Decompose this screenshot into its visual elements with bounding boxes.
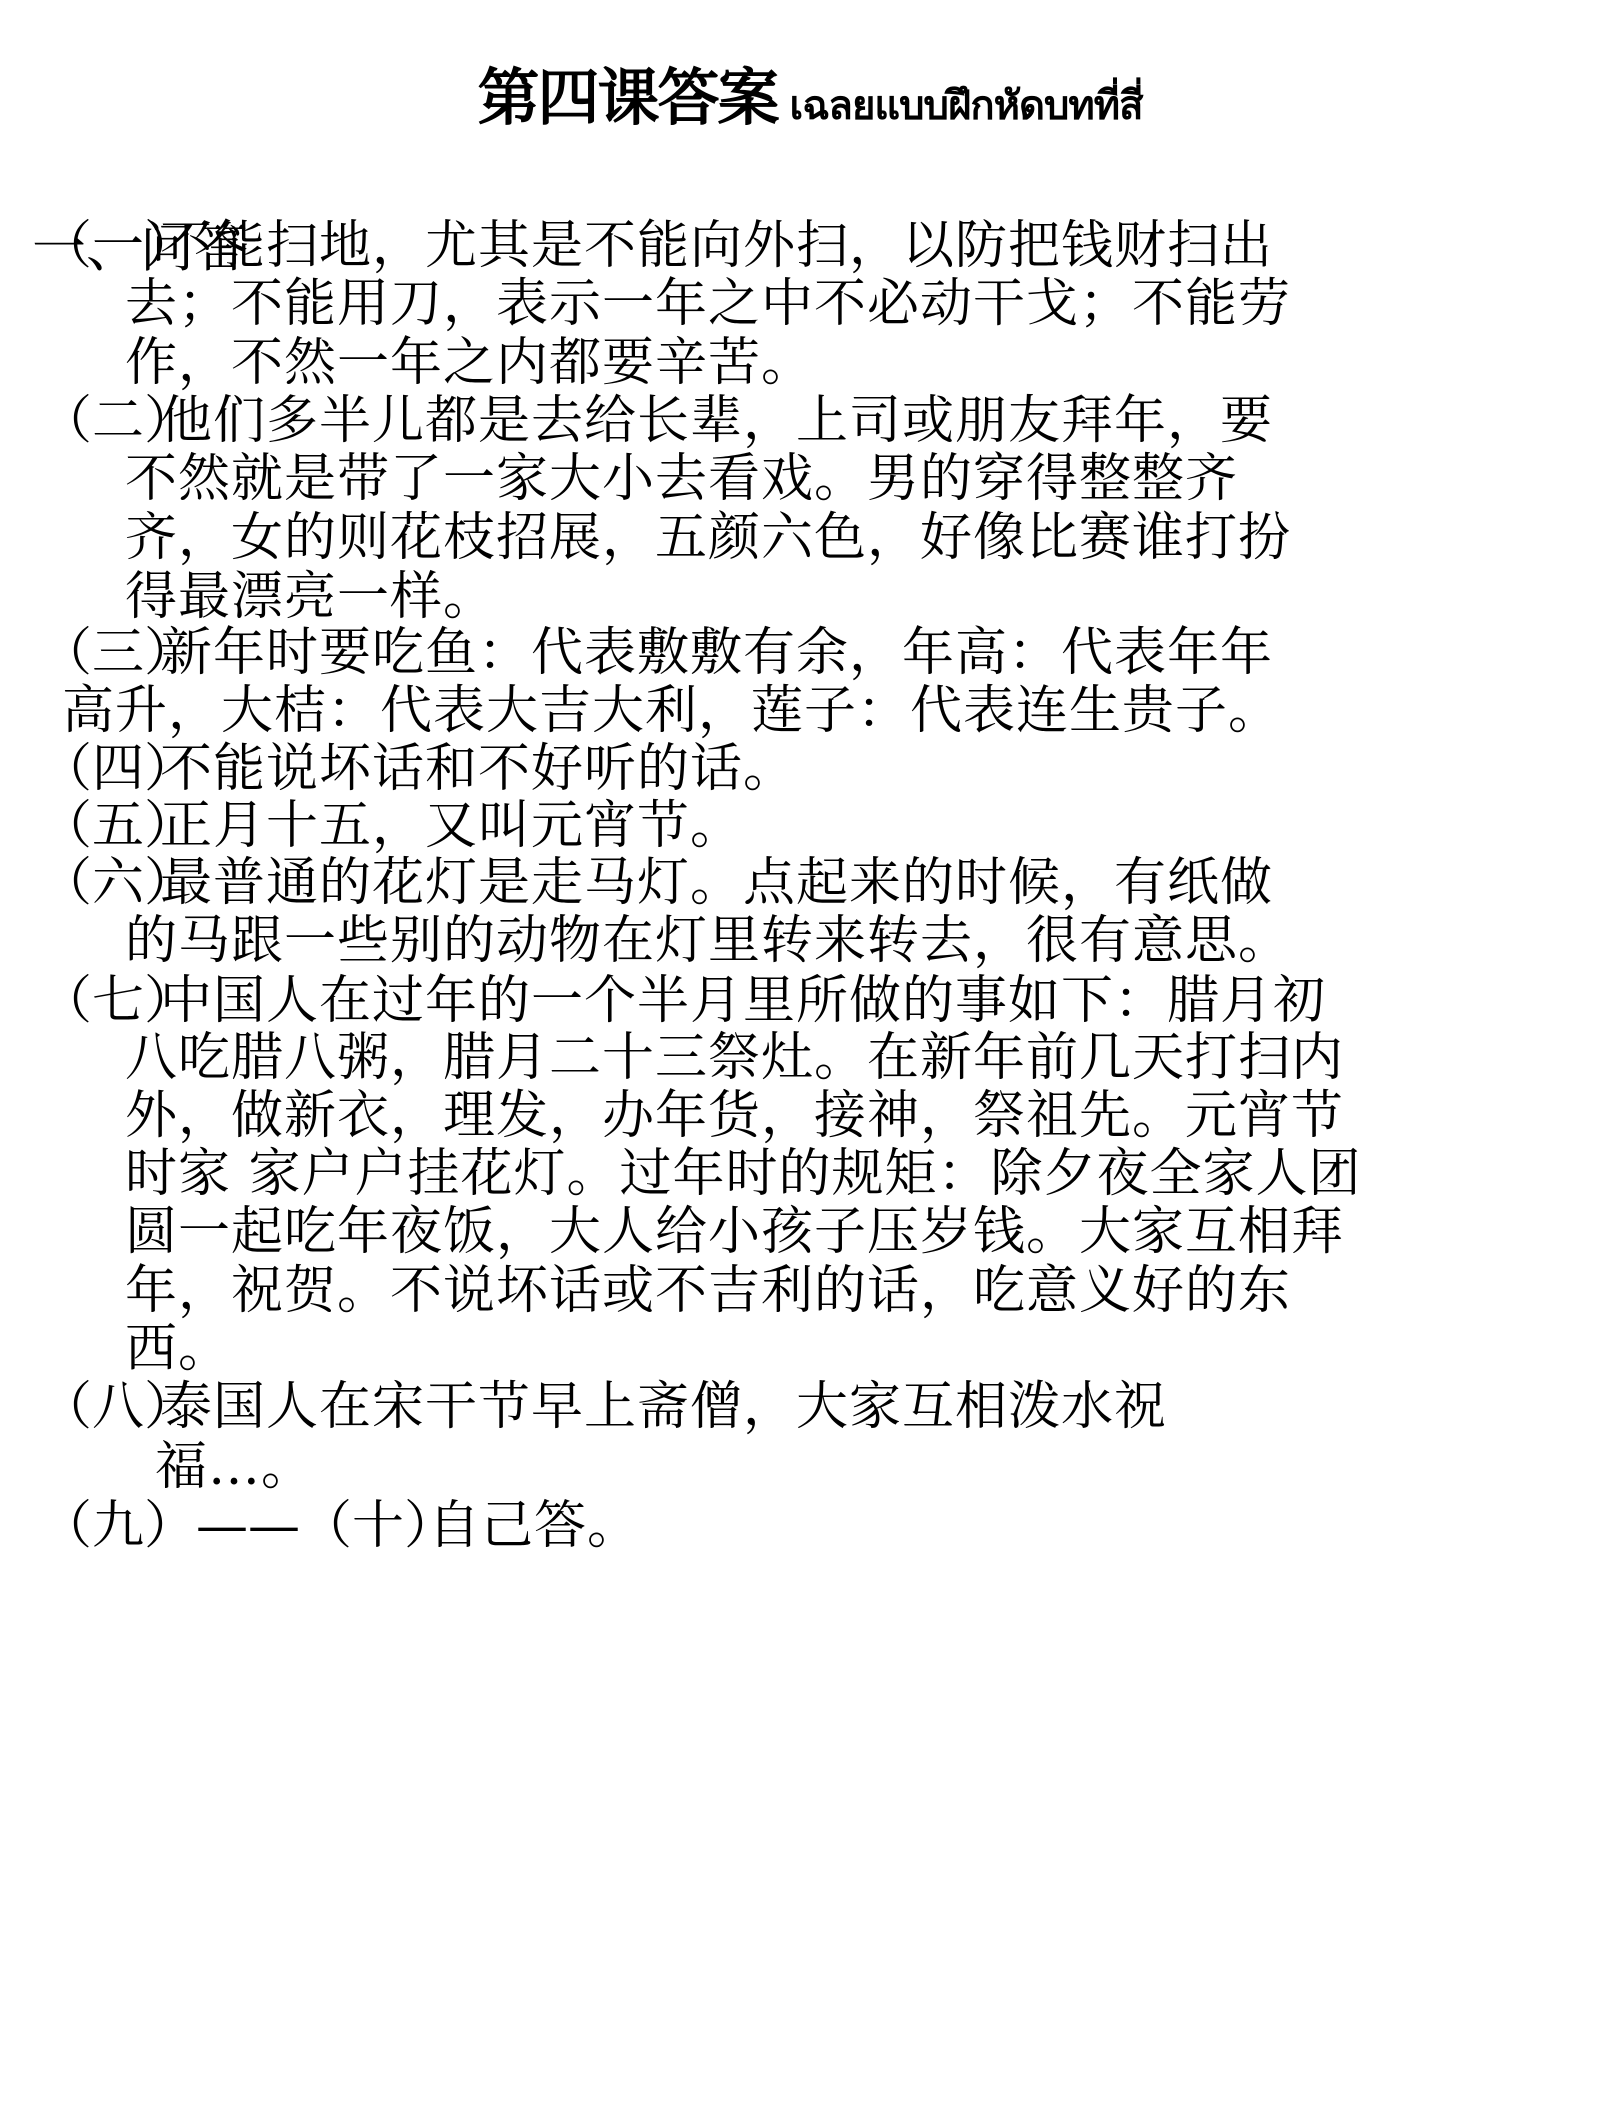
answer-1-line-2: 去；不能用刀，表示一年之中不必动干戈；不能劳: [125, 274, 1291, 334]
answer-3-line-1: 新年时要吃鱼：代表敷敷有余，年高：代表年年: [160, 623, 1273, 683]
answer-8-line-2: 福…。: [155, 1437, 314, 1497]
answer-6-line-1: 最普通的花灯是走马灯。点起来的时候，有纸做: [160, 853, 1273, 913]
answer-2-line-4: 得最漂亮一样。: [125, 567, 496, 627]
title-chinese: 第四课答案: [478, 61, 778, 134]
answer-3-line-2: 高升，大桔：代表大吉大利，莲子：代表连生贵子。: [62, 681, 1281, 741]
answer-2-line-1: 他们多半儿都是去给长辈，上司或朋友拜年，要: [160, 391, 1273, 451]
answer-1-line-3: 作，不然一年之内都要辛苦。: [125, 333, 814, 393]
answer-5-line-1: 正月十五，又叫元宵节。: [160, 796, 743, 856]
answer-2-line-2: 不然就是带了一家大小去看戏。男的穿得整整齐: [125, 449, 1238, 509]
answer-8-line-1: 泰国人在宋干节早上斋僧，大家互相泼水祝: [160, 1377, 1167, 1437]
answer-4-line-1: 不能说坏话和不好听的话。: [160, 739, 796, 799]
answer-9-10-line-1: 自己答。: [428, 1496, 640, 1556]
answer-7-line-7: 西。: [125, 1319, 231, 1379]
answer-7-line-4: 时家 家户户挂花灯。过年时的规矩：除夕夜全家人团: [125, 1144, 1362, 1204]
answer-7-line-2: 八吃腊八粥，腊月二十三祭灶。在新年前几天打扫内: [125, 1028, 1344, 1088]
answer-7-line-1: 中国人在过年的一个半月里所做的事如下：腊月初: [160, 971, 1326, 1031]
answer-label-9-10: （九）——（十）: [40, 1496, 456, 1556]
title-thai: เฉลยแบบฝึกหัดบทที่สี่: [790, 83, 1143, 129]
answer-7-line-6: 年，祝贺。不说坏话或不吉利的话，吃意义好的东: [125, 1261, 1291, 1321]
answer-7-line-5: 圆一起吃年夜饭，大人给小孩子压岁钱。大家互相拜: [125, 1202, 1344, 1262]
answer-6-line-2: 的马跟一些别的动物在灯里转来转去，很有意思。: [125, 911, 1291, 971]
answer-1-line-1: 不能扫地，尤其是不能向外扫，以防把钱财扫出: [160, 216, 1273, 276]
answer-7-line-3: 外，做新衣，理发，办年货，接神，祭祖先。元宵节: [125, 1086, 1344, 1146]
page-title: 第四课答案เฉลยแบบฝึกหัดบทที่สี่: [0, 48, 1620, 137]
answer-2-line-3: 齐，女的则花枝招展，五颜六色，好像比赛谁打扮: [125, 508, 1291, 568]
